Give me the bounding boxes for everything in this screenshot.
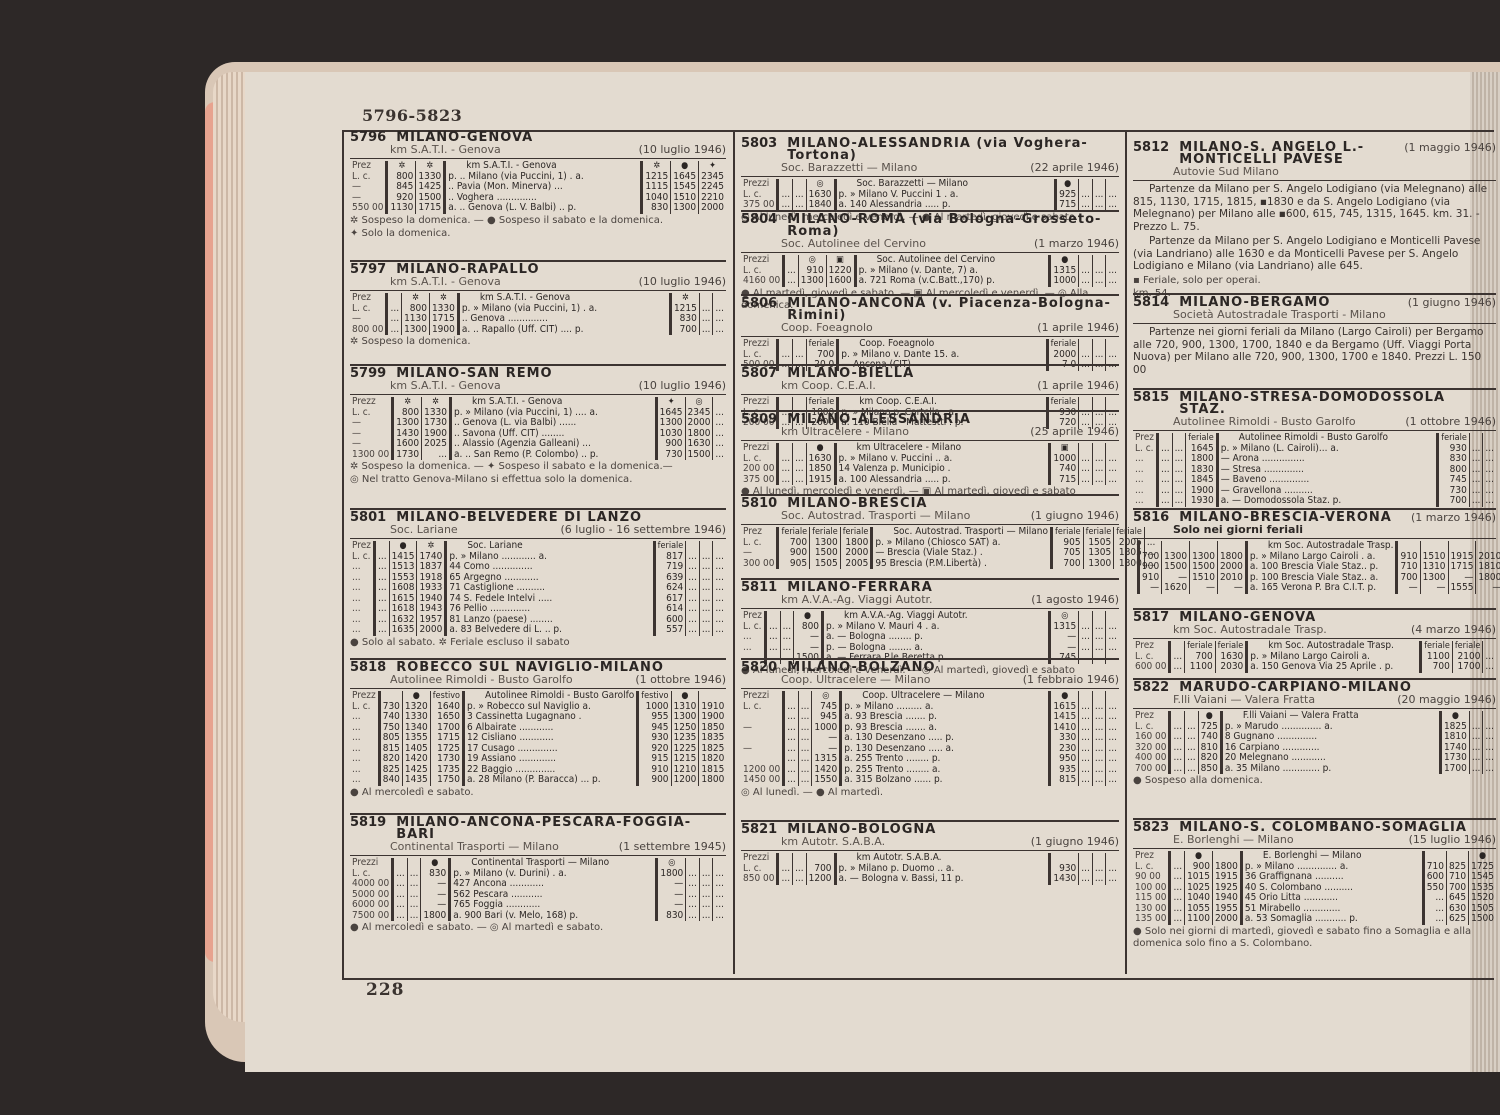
departure-time: ... bbox=[780, 632, 794, 643]
departure-time: 1618 bbox=[389, 604, 417, 615]
departure-time: ... bbox=[784, 276, 799, 287]
route-date: (1 marzo 1946) bbox=[1411, 512, 1496, 524]
departure-time: ... bbox=[1172, 496, 1186, 507]
station-name: a. 150 Genova Via 25 Aprile . p. bbox=[1247, 662, 1421, 673]
return-time: ... bbox=[1079, 464, 1093, 475]
route-date: (20 maggio 1946) bbox=[1397, 694, 1496, 706]
marks-row: Prez✲✲km S.A.T.I. - Genova✲ bbox=[350, 293, 726, 304]
outbound-mark bbox=[765, 611, 780, 622]
km-header: km S.A.T.I. - Genova bbox=[450, 397, 656, 408]
departure-time: ... bbox=[1170, 662, 1185, 673]
price-cell: — bbox=[350, 418, 393, 429]
departure-time: 1300 bbox=[393, 418, 422, 429]
route-title: MILANO-ALESSANDRIA (via Voghera-Tortona) bbox=[787, 138, 1119, 162]
outbound-mark bbox=[793, 853, 807, 864]
return-time: ... bbox=[686, 879, 700, 890]
table-row: —16002025.. Alassio (Agenzia Galleani) .… bbox=[350, 439, 726, 450]
route-date: (1 giugno 1946) bbox=[1408, 297, 1496, 309]
return-time: ... bbox=[1423, 914, 1446, 925]
timetable-table: Prez●km A.V.A.-Ag. Viaggi Autotr.◎L. c..… bbox=[741, 611, 1119, 664]
route-subtitle: Solo nei giorni feriali bbox=[1133, 524, 1496, 536]
return-time: ... bbox=[1469, 753, 1483, 764]
departure-time: ... bbox=[784, 733, 799, 744]
price-header: Prez bbox=[1133, 641, 1170, 652]
route-operator-line: E. Borlenghi — Milano(15 luglio 1946) bbox=[1133, 834, 1496, 846]
outbound-mark bbox=[806, 853, 835, 864]
return-mark bbox=[1106, 339, 1119, 350]
return-time: 1800 bbox=[699, 775, 726, 786]
departure-time: 805 bbox=[379, 733, 402, 744]
timetable-table: Prezzi◎Soc. Barazzetti — Milano●L. c....… bbox=[741, 179, 1119, 211]
return-time: ... bbox=[1106, 754, 1119, 765]
departure-time: 1330 bbox=[402, 712, 430, 723]
km-header: Coop. Ultracelere — Milano bbox=[841, 691, 1050, 702]
table-row: —13001730.. Genova (L. via Balbi) ......… bbox=[350, 418, 726, 429]
outbound-mark: feriale bbox=[1215, 641, 1247, 652]
timetable-table: km Soc. Autostradale Trasp.7001300130018… bbox=[1133, 541, 1500, 594]
route-operator: km S.A.T.I. - Genova bbox=[390, 380, 501, 392]
table-row: .........1930a. — Domodossola Staz. p.70… bbox=[1133, 496, 1496, 507]
route-operator: Coop. Foeagnolo bbox=[781, 322, 873, 334]
price-header: Prez bbox=[741, 527, 778, 538]
marks-row: Prezziferialekm Coop. C.E.A.I.feriale bbox=[741, 397, 1119, 408]
price-cell: 400 00 bbox=[1133, 753, 1170, 764]
departure-time: 845 bbox=[387, 182, 416, 193]
header-rule bbox=[350, 158, 726, 159]
return-mark bbox=[1079, 611, 1093, 622]
route-date: (1 agosto 1946) bbox=[1031, 594, 1119, 606]
station-name: — Brescia (Viale Staz.) . bbox=[872, 548, 1052, 559]
return-time: ... bbox=[1092, 464, 1106, 475]
timetable-table: Prez●✲Soc. LarianeferialeL. c....1415174… bbox=[350, 541, 726, 636]
departures-paragraph: Partenze da Milano per S. Angelo Lodigia… bbox=[1133, 183, 1496, 233]
route-title: MILANO-ANCONA (v. Piacenza-Bologna-Rimin… bbox=[787, 298, 1119, 322]
departure-time: ... bbox=[1185, 764, 1199, 775]
timetable-table: Prezz✲✲km S.A.T.I. - Genova✦◎L. c.800133… bbox=[350, 397, 726, 460]
table-row: .........1845— Baveno ..............745.… bbox=[1133, 475, 1496, 486]
return-mark: ✦ bbox=[699, 161, 726, 172]
return-time: ... bbox=[699, 314, 713, 325]
outbound-mark bbox=[1172, 433, 1186, 444]
outbound-mark: ✲ bbox=[422, 397, 451, 408]
route-number: 5803 bbox=[741, 138, 777, 150]
return-time: ... bbox=[713, 439, 726, 450]
km-header: Soc. Autostrad. Trasporti — Milano bbox=[872, 527, 1052, 538]
route-operator-line: km Soc. Autostradale Trasp.(4 marzo 1946… bbox=[1133, 624, 1496, 636]
column-2: 5803MILANO-ALESSANDRIA (via Voghera-Tort… bbox=[733, 132, 1125, 974]
station-name: a. 140 Alessandria ..... p. bbox=[835, 200, 1056, 211]
outbound-mark: ✲ bbox=[393, 397, 422, 408]
marks-row: Prezzi◎▣Soc. Autolinee del Cervino● bbox=[741, 255, 1119, 266]
return-mark bbox=[699, 293, 713, 304]
table-row: 900150015002000a. 100 Brescia Viale Staz… bbox=[1133, 562, 1500, 573]
route-operator: Autovie Sud Milano bbox=[1133, 166, 1496, 178]
return-time: 614 bbox=[654, 604, 686, 615]
table-row: ...8201420173019 Assiano .............91… bbox=[350, 754, 726, 765]
outbound-mark: feriale bbox=[840, 527, 872, 538]
station-name: .. Genova (L. via Balbi) ...... bbox=[450, 418, 656, 429]
route-date: (1 marzo 1946) bbox=[1034, 238, 1119, 250]
route-operator-line: km Ultracelere - Milano(25 aprile 1946) bbox=[741, 426, 1119, 438]
return-time: ... bbox=[1092, 632, 1106, 643]
departure-time: ... bbox=[793, 874, 807, 885]
return-time: 1835 bbox=[699, 733, 726, 744]
outbound-mark bbox=[793, 179, 807, 190]
return-time: 700 bbox=[1438, 496, 1470, 507]
route-operator: Continental Trasporti — Milano bbox=[390, 841, 559, 853]
km-header: km Ultracelere - Milano bbox=[835, 443, 1050, 454]
price-cell: ... bbox=[1133, 496, 1157, 507]
price-cell: ... bbox=[350, 754, 379, 765]
block-divider bbox=[1133, 293, 1496, 295]
timetable-table: Prezzi●Continental Trasporti — Milano◎L.… bbox=[350, 858, 726, 921]
departure-time: 1600 bbox=[393, 439, 422, 450]
price-cell: ... bbox=[350, 625, 374, 636]
departure-time: 1435 bbox=[402, 775, 430, 786]
outbound-mark bbox=[1170, 851, 1185, 862]
station-name: 95 Brescia (P.M.Libertà) . bbox=[872, 559, 1052, 570]
route-title: MILANO-ANCONA-PESCARA-FOGGIA-BARI bbox=[396, 817, 726, 841]
table-row: 6000 00......—765 Foggia ............—..… bbox=[350, 900, 726, 911]
price-header: Prez bbox=[350, 293, 387, 304]
departure-time: 1715 bbox=[416, 203, 445, 214]
marks-row: Prezz●festivoAutolinee Rimoldi - Busto G… bbox=[350, 691, 726, 702]
outbound-mark: ▣ bbox=[826, 255, 855, 266]
return-time: 1545 bbox=[671, 182, 699, 193]
return-time: ... bbox=[1469, 496, 1483, 507]
return-mark bbox=[699, 691, 726, 702]
km-header: Coop. Foeagnolo bbox=[838, 339, 1047, 350]
km-header: F.lli Vaiani — Valera Fratta bbox=[1221, 711, 1440, 722]
column-3: 5812MILANO-S. ANGELO L.-MONTICELLI PAVES… bbox=[1125, 132, 1500, 974]
return-time: ... bbox=[686, 900, 700, 911]
price-cell bbox=[741, 754, 784, 765]
return-time: 1545 bbox=[1469, 872, 1496, 883]
table-row: ......1618194376 Pellio ..............61… bbox=[350, 604, 726, 615]
route-number: 5810 bbox=[741, 498, 777, 510]
outbound-mark: ● bbox=[806, 443, 835, 454]
route-number: 5818 bbox=[350, 662, 386, 674]
return-mark bbox=[1092, 853, 1106, 864]
departure-time: ... bbox=[407, 900, 421, 911]
km-header: km Coop. C.E.A.I. bbox=[838, 397, 1047, 408]
route-operator-line: Soc. Autolinee del Cervino(1 marzo 1946) bbox=[741, 238, 1119, 250]
departure-time: 1800 bbox=[421, 911, 450, 922]
return-mark bbox=[1079, 255, 1093, 266]
return-time: ... bbox=[699, 562, 713, 573]
return-mark bbox=[1079, 853, 1093, 864]
departure-time: 1130 bbox=[387, 203, 416, 214]
return-time: ... bbox=[1483, 764, 1496, 775]
header-rule bbox=[741, 608, 1119, 609]
block-divider bbox=[741, 410, 1119, 412]
price-cell: 160 00 bbox=[1133, 732, 1170, 743]
route-header: 5803MILANO-ALESSANDRIA (via Voghera-Tort… bbox=[741, 138, 1119, 162]
price-cell: 1300 00 bbox=[350, 450, 393, 461]
return-time: 1415 bbox=[1050, 712, 1079, 723]
return-time: ... bbox=[1483, 662, 1496, 673]
price-header: Prezz bbox=[350, 691, 379, 702]
departure-time: 1200 bbox=[806, 874, 835, 885]
departure-time: ... bbox=[387, 325, 402, 336]
marks-row: Prez●E. Borlenghi — Milano● bbox=[1133, 851, 1496, 862]
route-number: 5797 bbox=[350, 264, 386, 276]
header-rule bbox=[350, 855, 726, 856]
marks-row: Prezferialeferialekm Soc. Autostradale T… bbox=[1133, 641, 1496, 652]
km-header: Autolinee Rimoldi - Busto Garolfo bbox=[464, 691, 638, 702]
block-divider bbox=[1133, 388, 1496, 390]
table-row: 550 0011301715a. .. Genova (L. V. Balbi)… bbox=[350, 203, 726, 214]
departure-time: ... bbox=[374, 604, 389, 615]
return-time: ... bbox=[686, 583, 700, 594]
outbound-mark: feriale bbox=[1186, 433, 1218, 444]
table-row: L. c.......800p. » Milano V. Mauri 4 . a… bbox=[741, 622, 1119, 633]
block-divider bbox=[350, 260, 726, 262]
return-time: 700 bbox=[1421, 662, 1453, 673]
departure-time: 740 bbox=[379, 712, 402, 723]
price-cell: ... bbox=[350, 583, 374, 594]
outbound-mark bbox=[1217, 541, 1246, 552]
route-operator: Coop. Ultracelere — Milano bbox=[781, 674, 931, 686]
header-rule bbox=[350, 688, 726, 689]
price-header: Prez bbox=[350, 541, 374, 552]
route-operator: Autolinee Rimoldi - Busto Garolfo bbox=[390, 674, 573, 686]
price-cell: 550 00 bbox=[350, 203, 387, 214]
block-divider bbox=[741, 210, 1119, 212]
departure-time: ... bbox=[393, 879, 408, 890]
outbound-mark bbox=[1185, 711, 1199, 722]
station-name: 8 Gugnano .............. bbox=[1221, 732, 1440, 743]
page-number: 228 bbox=[366, 980, 405, 1000]
table-row: 160 00......7408 Gugnano ..............1… bbox=[1133, 732, 1496, 743]
return-mark: ✲ bbox=[670, 293, 699, 304]
departure-time: 1750 bbox=[430, 775, 463, 786]
return-mark bbox=[1448, 541, 1476, 552]
table-row: ......1608193371 Castiglione ..........6… bbox=[350, 583, 726, 594]
return-time: ... bbox=[699, 325, 713, 336]
price-header: Prezzi bbox=[741, 443, 778, 454]
return-mark: ● bbox=[1050, 691, 1079, 702]
departure-time: ... bbox=[407, 879, 421, 890]
departure-time: 1500 bbox=[810, 548, 841, 559]
header-rule bbox=[741, 336, 1119, 337]
return-mark bbox=[699, 541, 713, 552]
return-time: 740 bbox=[1050, 464, 1079, 475]
header-rule bbox=[1133, 323, 1496, 324]
return-mark: feriale bbox=[1438, 433, 1470, 444]
return-time: ... bbox=[699, 879, 713, 890]
station-name: a. .. Genova (L. V. Balbi) .. p. bbox=[445, 203, 642, 214]
return-time: — bbox=[1050, 632, 1079, 643]
route-operator-line: Continental Trasporti — Milano(1 settemb… bbox=[350, 841, 726, 853]
footnote: ● Al mercoledì e sabato. — ◎ Al martedì … bbox=[350, 922, 726, 934]
outbound-mark bbox=[798, 691, 812, 702]
timetable-table: Prezzi◎▣Soc. Autolinee del Cervino●L. c.… bbox=[741, 255, 1119, 287]
return-time: 624 bbox=[654, 583, 686, 594]
return-mark: ● bbox=[1050, 255, 1079, 266]
departure-time: 1100 bbox=[1185, 914, 1213, 925]
return-time: ... bbox=[713, 911, 726, 922]
return-time: 645 bbox=[1446, 893, 1468, 904]
return-time: ... bbox=[1092, 475, 1106, 486]
outbound-mark: feriale bbox=[806, 339, 838, 350]
station-name: a. 315 Bolzano ...... p. bbox=[841, 775, 1050, 786]
departure-time: ... bbox=[784, 754, 799, 765]
timetable-table: Prezzikm Autotr. S.A.B.A.L. c.......700p… bbox=[741, 853, 1119, 885]
return-time: 955 bbox=[638, 712, 671, 723]
return-time: 1215 bbox=[671, 754, 699, 765]
outbound-mark bbox=[793, 443, 807, 454]
route-header: 5806MILANO-ANCONA (v. Piacenza-Bologna-R… bbox=[741, 298, 1119, 322]
footnote: ◎ Al lunedì. — ● Al martedì. bbox=[741, 787, 1119, 799]
return-time: ... bbox=[713, 879, 726, 890]
price-cell: ... bbox=[1133, 475, 1157, 486]
return-mark bbox=[1092, 179, 1106, 190]
table-row: .........1830— Stresa ..............800.… bbox=[1133, 465, 1496, 476]
price-cell: — bbox=[350, 182, 387, 193]
departure-time: 1500 bbox=[1190, 562, 1218, 573]
departure-time: 1730 bbox=[430, 754, 463, 765]
return-time: ... bbox=[1469, 732, 1483, 743]
price-cell: 800 00 bbox=[350, 325, 387, 336]
departure-time: ... bbox=[793, 475, 807, 486]
return-time: ... bbox=[699, 583, 713, 594]
route-operator-line: Autolinee Rimoldi - Busto Garolfo(1 otto… bbox=[350, 674, 726, 686]
return-mark bbox=[1446, 851, 1468, 862]
return-time: ... bbox=[713, 314, 726, 325]
return-time: ... bbox=[699, 625, 713, 636]
departure-time: 1600 bbox=[826, 276, 855, 287]
return-time: 1520 bbox=[1469, 893, 1496, 904]
return-time: — bbox=[1420, 583, 1448, 594]
price-cell: 375 00 bbox=[741, 200, 778, 211]
outbound-mark: ◎ bbox=[812, 691, 841, 702]
route-operator-line: km S.A.T.I. - Genova(10 luglio 1946) bbox=[350, 380, 726, 392]
header-rule bbox=[741, 850, 1119, 851]
outbound-mark: ✲ bbox=[387, 161, 416, 172]
return-mark bbox=[1092, 611, 1106, 622]
station-name: a. 165 Verona P. Bra C.I.T. p. bbox=[1246, 583, 1397, 594]
return-time: 700 bbox=[1051, 559, 1083, 570]
return-time: 830 bbox=[670, 314, 699, 325]
outbound-mark bbox=[780, 611, 794, 622]
timetable-table: Prezz●festivoAutolinee Rimoldi - Busto G… bbox=[350, 691, 726, 786]
route-block-5823: 5823MILANO-S. COLOMBANO-SOMAGLIAE. Borle… bbox=[1133, 822, 1496, 950]
station-name: 71 Castiglione .......... bbox=[446, 583, 654, 594]
return-time: ... bbox=[1483, 454, 1496, 465]
marks-row: Prezzi◎Soc. Barazzetti — Milano● bbox=[741, 179, 1119, 190]
header-rule bbox=[741, 688, 1119, 689]
footnote: ● Solo al sabato. ✲ Feriale escluso il s… bbox=[350, 637, 726, 649]
return-time: 1500 bbox=[685, 450, 713, 461]
departure-time: ... bbox=[374, 625, 389, 636]
route-number: 5807 bbox=[741, 368, 777, 380]
station-name: a. 93 Brescia ....... p. bbox=[841, 712, 1050, 723]
km-header: km S.A.T.I. - Genova bbox=[458, 293, 670, 304]
departure-time: ... bbox=[422, 450, 451, 461]
station-name: a. 35 Milano ............. p. bbox=[1221, 764, 1440, 775]
return-time: 625 bbox=[1446, 914, 1468, 925]
station-name: a. 53 Somaglia ........... p. bbox=[1241, 914, 1423, 925]
return-time: ... bbox=[1079, 712, 1093, 723]
outbound-mark: feriale bbox=[810, 527, 841, 538]
block-divider bbox=[741, 578, 1119, 580]
return-time: 700 bbox=[670, 325, 699, 336]
route-operator: Soc. Lariane bbox=[390, 524, 458, 536]
return-time: ... bbox=[1483, 753, 1496, 764]
table-row: ...84014351750a. 28 Milano (P. Baracca) … bbox=[350, 775, 726, 786]
outbound-mark bbox=[778, 179, 793, 190]
departure-time: ... bbox=[1157, 496, 1172, 507]
price-cell: 6000 00 bbox=[350, 900, 393, 911]
return-time: ... bbox=[1079, 874, 1093, 885]
table-row: .........—a. — Bologna ........ p.—.....… bbox=[741, 632, 1119, 643]
return-time: ... bbox=[699, 604, 713, 615]
departure-time: 1513 bbox=[389, 562, 417, 573]
table-row: 135 00...11002000a. 53 Somaglia ........… bbox=[1133, 914, 1496, 925]
station-name: a. 83 Belvedere di L. .. p. bbox=[446, 625, 654, 636]
return-time: 2000 bbox=[685, 418, 713, 429]
return-time: ... bbox=[713, 325, 726, 336]
return-time: 719 bbox=[654, 562, 686, 573]
column-1: 5796MILANO-GENOVAkm S.A.T.I. - Genova(10… bbox=[344, 132, 732, 974]
route-number: 5822 bbox=[1133, 682, 1169, 694]
route-number: 5799 bbox=[350, 368, 386, 380]
header-rule bbox=[741, 176, 1119, 177]
return-time: ... bbox=[1079, 475, 1093, 486]
table-row: ......1513183744 Como ..............719.… bbox=[350, 562, 726, 573]
return-time: — bbox=[1476, 583, 1500, 594]
return-time: ... bbox=[1483, 496, 1496, 507]
route-date: (22 aprile 1946) bbox=[1030, 162, 1119, 174]
price-cell: 300 00 bbox=[741, 559, 778, 570]
return-time: 1300 bbox=[656, 418, 685, 429]
price-cell: 375 00 bbox=[741, 475, 778, 486]
route-number: 5819 bbox=[350, 817, 386, 829]
timetable-table: Prez✲✲km S.A.T.I. - Genova✲●✦L. c.800133… bbox=[350, 161, 726, 214]
departure-time: 2030 bbox=[1215, 662, 1247, 673]
route-block-5819: 5819MILANO-ANCONA-PESCARA-FOGGIA-BARICon… bbox=[350, 817, 726, 934]
departure-time: 1505 bbox=[810, 559, 841, 570]
return-mark bbox=[1092, 397, 1106, 408]
outbound-mark bbox=[778, 339, 793, 350]
return-mark bbox=[713, 397, 726, 408]
km-header: km Soc. Autostradale Trasp. bbox=[1247, 641, 1421, 652]
table-row: 850 00......1200a. — Bologna v. Bassi, 1… bbox=[741, 874, 1119, 885]
departure-time: — bbox=[421, 900, 450, 911]
departure-time: 1715 bbox=[429, 314, 458, 325]
station-name: a. 130 Desenzano ..... p. bbox=[841, 733, 1050, 744]
table-row: —1620——a. 165 Verona P. Bra C.I.T. p.——1… bbox=[1133, 583, 1500, 594]
marks-row: PrezziferialeCoop. Foeagnoloferiale bbox=[741, 339, 1119, 350]
outbound-mark: ✲ bbox=[402, 293, 430, 304]
outbound-mark: ● bbox=[1185, 851, 1213, 862]
footnote: ● Sospeso alla domenica. bbox=[1133, 775, 1496, 787]
departure-time: 1840 bbox=[806, 200, 835, 211]
return-time: ... bbox=[1079, 733, 1093, 744]
block-divider bbox=[1133, 608, 1496, 610]
outbound-mark bbox=[379, 691, 402, 702]
route-date: (15 luglio 1946) bbox=[1409, 834, 1496, 846]
route-operator: Soc. Autolinee del Cervino bbox=[781, 238, 926, 250]
route-date: (1 giugno 1946) bbox=[1031, 510, 1119, 522]
return-mark bbox=[699, 858, 713, 869]
block-divider bbox=[350, 813, 726, 815]
route-date: (1 ottobre 1946) bbox=[635, 674, 726, 686]
page-edges bbox=[213, 72, 248, 1022]
route-operator: F.lli Vaiani — Valera Fratta bbox=[1173, 694, 1315, 706]
return-time: ... bbox=[1079, 775, 1093, 786]
